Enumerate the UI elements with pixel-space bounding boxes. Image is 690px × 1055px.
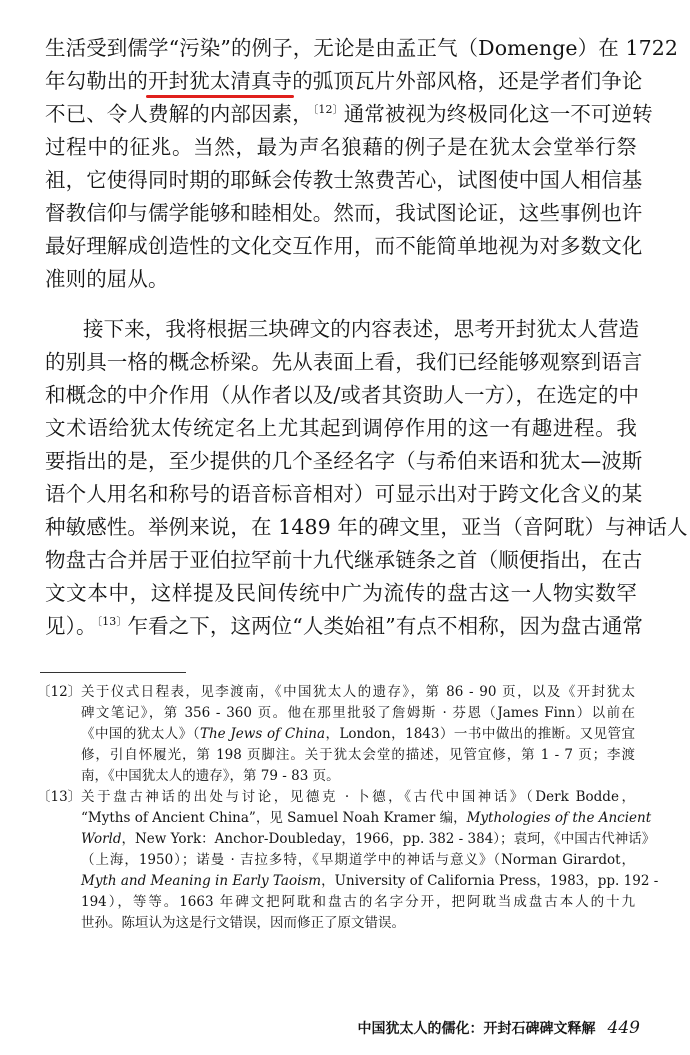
- text-span: 见）。: [45, 614, 97, 638]
- text-span: 通常被视为终极同化这一不可逆转: [344, 102, 653, 126]
- footnote-line: 世孙。陈垣认为这是行文错误，因而修正了原文错误。: [81, 913, 635, 933]
- running-title: 中国犹太人的儒化：开封石碑碑文释解: [358, 1021, 596, 1037]
- footnote-line: 南，《中国犹太人的遗存》，第 79 - 83 页。: [81, 766, 635, 786]
- body-line: 语个人用名和称号的语音标音相对）可显示出对于跨文化含义的某: [45, 481, 637, 507]
- body-line: 要指出的是，至少提供的几个圣经名字（与希伯来语和犹太—波斯: [45, 448, 637, 474]
- footnote-line: 《中国的犹太人》（The Jews of China，London，1843）一…: [81, 724, 635, 744]
- body-line: 见）。〔13〕乍看之下，这两位“人类始祖”有点不相称，因为盘古通常: [45, 613, 637, 639]
- body-line: 生活受到儒学“污染”的例子，无论是由孟正气（Domenge）在 1722: [45, 35, 637, 61]
- footnote-line: 关于仪式日程表，见李渡南，《中国犹太人的遗存》，第 86 - 90 页，以及《开…: [81, 682, 635, 702]
- body-line: 督教信仰与儒学能够和睦相处。然而，我试图论证，这些事例也许: [45, 200, 637, 226]
- text-span: ，New York：Anchor-Doubleday，1966，pp. 382 …: [122, 831, 656, 847]
- body-line: 过程中的征兆。当然，最为声名狼藉的例子是在犹太会堂举行祭: [45, 134, 637, 160]
- book-title-italic: Mythologies of the Ancient: [467, 810, 652, 826]
- text-span: “Myths of Ancient China”，见 Samuel Noah K…: [81, 810, 467, 826]
- text-span: 不已、令人费解的内部因素，: [45, 102, 313, 126]
- footnote-line: 关于盘古神话的出处与讨论，见德克 · 卜德，《古代中国神话》（Derk Bodd…: [81, 787, 635, 807]
- body-line: 的别具一格的概念桥梁。先从表面上看，我们已经能够观察到语言: [45, 349, 637, 375]
- text-span: 乍看之下，这两位“人类始祖”有点不相称，因为盘古通常: [127, 614, 643, 638]
- body-line: 年勾勒出的开封犹太清真寺的弧顶瓦片外部风格，还是学者们争论: [45, 68, 637, 94]
- text-span: 的弧顶瓦片外部风格，还是学者们争论: [292, 69, 642, 93]
- body-line: 祖，它使得同时期的耶稣会传教士煞费苦心，试图使中国人相信基: [45, 167, 637, 193]
- footnote-line: 194），等等。1663 年碑文把阿耽和盘古的名字分开，把阿耽当成盘古本人的十九: [81, 892, 635, 912]
- footnote-ref-12[interactable]: 〔12〕: [313, 103, 344, 116]
- footnote-number: 〔12〕: [37, 682, 81, 702]
- footnote-line: “Myths of Ancient China”，见 Samuel Noah K…: [81, 808, 635, 828]
- footnote-ref-13[interactable]: 〔13〕: [97, 615, 128, 628]
- body-line: 种敏感性。举例来说，在 1489 年的碑文里，亚当（音阿耽）与神话人: [45, 514, 637, 540]
- book-title-italic: Myth and Meaning in Early Taoism: [81, 873, 321, 889]
- body-line: 接下来，我将根据三块碑文的内容表述，思考开封犹太人营造: [83, 316, 637, 342]
- body-line: 物盘古合并居于亚伯拉罕前十九代继承链条之首（顺便指出，在古: [45, 547, 637, 573]
- footnote-line: Myth and Meaning in Early Taoism，Univers…: [81, 871, 635, 891]
- footnote-line: 碑文笔记》，第 356 - 360 页。他在那里批驳了詹姆斯 · 芬恩（Jame…: [81, 703, 635, 723]
- text-span: 《中国的犹太人》（: [81, 726, 200, 742]
- footnote-separator: [40, 672, 186, 673]
- body-line: 和概念的中介作用（从作者以及/或者其资助人一方），在选定的中: [45, 382, 637, 408]
- body-line: 文文本中，这样提及民间传统中广为流传的盘古这一人物实数罕: [45, 580, 637, 606]
- footnote-number: 〔13〕: [37, 787, 81, 807]
- highlighted-text: 开封犹太清真寺: [148, 69, 292, 93]
- page-footer: 中国犹太人的儒化：开封石碑碑文释解449: [340, 1018, 640, 1038]
- footnote-line: （上海，1950）；诺曼 · 吉拉多特，《早期道学中的神话与意义》（Norman…: [81, 850, 635, 870]
- footnote-line: World，New York：Anchor-Doubleday，1966，pp.…: [81, 829, 635, 849]
- book-title-italic: World: [81, 831, 122, 847]
- body-line: 不已、令人费解的内部因素，〔12〕通常被视为终极同化这一不可逆转: [45, 101, 637, 127]
- footnote-line: 修，引自怀履光，第 198 页脚注。关于犹太会堂的描述，见管宜修，第 1 - 7…: [81, 745, 635, 765]
- body-line: 准则的屈从。: [45, 266, 637, 292]
- text-span: 年勾勒出的: [45, 69, 148, 93]
- body-line: 最好理解成创造性的文化交互作用，而不能简单地视为对多数文化: [45, 233, 637, 259]
- page-number: 449: [608, 1018, 640, 1038]
- body-line: 文术语给犹太传统定名上尤其起到调停作用的这一有趣进程。我: [45, 415, 637, 441]
- book-page: 生活受到儒学“污染”的例子，无论是由孟正气（Domenge）在 1722 年勾勒…: [0, 0, 690, 1055]
- text-span: ，London，1843）一书中做出的推断。又见管宜: [325, 726, 635, 742]
- text-span: ，University of California Press，1983，pp.…: [321, 873, 658, 889]
- book-title-italic: The Jews of China: [200, 726, 325, 742]
